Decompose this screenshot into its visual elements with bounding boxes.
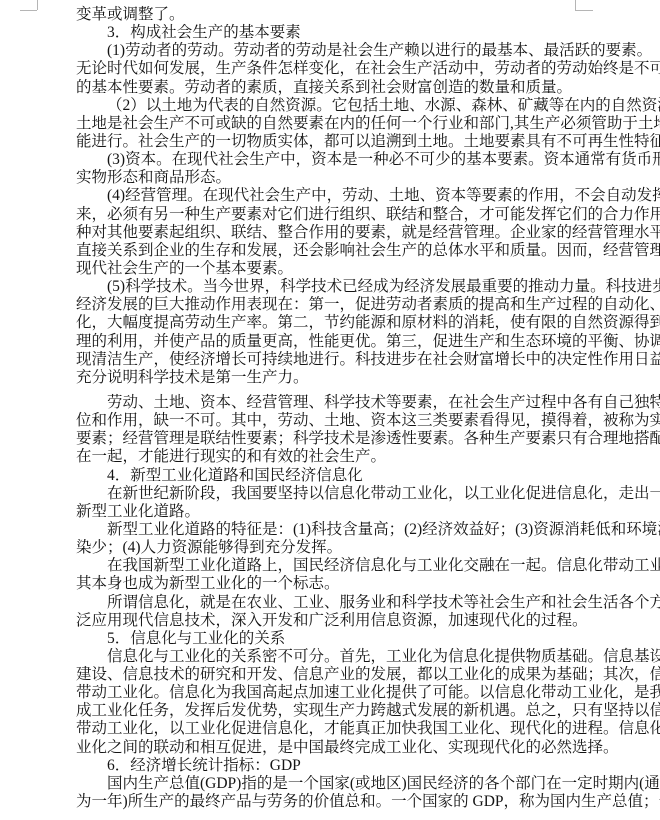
- text-line: 3．构成社会生产的基本要素: [76, 24, 592, 42]
- text-line: (4)经营管理。在现代社会生产中，劳动、土地、资本等要素的作用，不会自动发挥出: [76, 187, 592, 205]
- text-line: 成工业化任务，发挥后发优势，实现生产力跨越式发展的新机遇。总之，只有坚持以信息化: [76, 702, 592, 720]
- text-line: 业化之间的联动和相互促进，是中国最终完成工业化、实现现代化的必然选择。: [76, 739, 592, 757]
- text-line: 化，大幅度提高劳动生产率。第二，节约能源和原材料的消耗，使有限的自然资源得到更台: [76, 314, 592, 332]
- text-line: 其本身也成为新型工业化的一个标志。: [76, 575, 592, 593]
- text-line: 国内生产总值(GDP)指的是一个国家(或地区)国民经济的各个部门在一定时期内(通…: [76, 775, 592, 793]
- text-line: 要素；经营管理是联结性要素；科学技术是渗透性要素。各种生产要素只有合理地搭配组合: [76, 430, 592, 448]
- text-line: 能进行。社会生产的一切物质实体，都可以追溯到土地。土地要素具有不可再生性特征。: [76, 133, 592, 151]
- text-line: 位和作用，缺一不可。其中，劳动、土地、资本这三类要素看得见，摸得着，被称为实体性: [76, 412, 592, 430]
- text-line: 无论时代如何发展，生产条件怎样变化，在社会生产活动中，劳动者的劳动始终是不可缺少: [76, 60, 592, 78]
- text-line: 5．信息化与工业化的关系: [76, 630, 592, 648]
- text-line: 4．新型工业化道路和国民经济信息化: [76, 467, 592, 485]
- text-line: 带动工业化，以工业化促进信息化，才能真正加快我国工业化、现代化的进程。信息化与工: [76, 720, 592, 738]
- text-line: 充分说明科学技术是第一生产力。: [76, 369, 592, 387]
- text-line: 现清洁生产，使经济增长可持续地进行。科技进步在社会财富增长中的决定性作用日益突出…: [76, 351, 592, 369]
- text-line: (5)科学技术。当今世界，科学技术已经成为经济发展最重要的推动力量。科技进步对: [76, 278, 592, 296]
- text-line: 新型工业化道路。: [76, 503, 592, 521]
- text-line: 经济发展的巨大推动作用表现在：第一，促进劳动者素质的提高和生产过程的自动化、信息: [76, 296, 592, 314]
- text-line: 种对其他要素起组织、联结、整合作用的要素，就是经营管理。企业家的经营管理水平如何…: [76, 224, 592, 242]
- text-line: 现代社会生产的一个基本要素。: [76, 260, 592, 278]
- text-line: 建设、信息技术的研究和开发、信息产业的发展，都以工业化的成果为基础；其次，信息化: [76, 666, 592, 684]
- text-line: 6．经济增长统计指标：GDP: [76, 757, 592, 775]
- margin-mark-left-horizontal: [20, 10, 37, 11]
- text-line: 直接关系到企业的生存和发展，还会影响社会生产的总体水平和质量。因而，经营管理也是: [76, 242, 592, 260]
- text-line: 的基本性要素。劳动者的素质，直接关系到社会财富创造的数量和质量。: [76, 79, 592, 97]
- text-line: 在新世纪新阶段，我国要坚持以信息化带动工业化，以工业化促进信息化，走出一条: [76, 485, 592, 503]
- text-line: 在我国新型工业化道路上，国民经济信息化与工业化交融在一起。信息化带动工业化，: [76, 557, 592, 575]
- text-line: 来，必须有另一种生产要素对它们进行组织、联结和整合，才可能发挥它们的合力作用。这: [76, 206, 592, 224]
- text-line: 新型工业化道路的特征是：(1)科技含量高；(2)经济效益好；(3)资源消耗低和环…: [76, 521, 592, 539]
- document-page: 变革或调整了。3．构成社会生产的基本要素(1)劳动者的劳动。劳动者的劳动是社会生…: [0, 0, 660, 820]
- document-text-block: 变革或调整了。3．构成社会生产的基本要素(1)劳动者的劳动。劳动者的劳动是社会生…: [76, 6, 592, 811]
- text-line: 在一起，才能进行现实的和有效的社会生产。: [76, 448, 592, 466]
- text-line: 理的利用，并使产品的质量更高，性能更优。第三，促进生产和生态环境的平衡、协调，实: [76, 333, 592, 351]
- text-line: 实物形态和商品形态。: [76, 169, 592, 187]
- text-line: 所谓信息化，就是在农业、工业、服务业和科学技术等社会生产和社会生活各个方面广: [76, 594, 592, 612]
- text-line: 为一年)所生产的最终产品与劳务的价值总和。一个国家的 GDP，称为国内生产总值；…: [76, 793, 592, 811]
- text-line: 信息化与工业化的关系密不可分。首先，工业化为信息化提供物质基础。信息基设施的: [76, 648, 592, 666]
- text-line: 染少；(4)人力资源能够得到充分发挥。: [76, 539, 592, 557]
- text-line: （2）以土地为代表的自然资源。它包括土地、水源、森林、矿藏等在内的自然资源。: [76, 97, 592, 115]
- margin-mark-left-vertical: [37, 0, 38, 10]
- text-line: 劳动、土地、资本、经营管理、科学技术等要素，在社会生产过程中各有自己独特的地: [76, 394, 592, 412]
- text-line: (1)劳动者的劳动。劳动者的劳动是社会生产赖以进行的最基本、最活跃的要素。: [76, 42, 592, 60]
- text-line: 变革或调整了。: [76, 6, 592, 24]
- text-line: 土地是社会生产不可或缺的自然要素在内的任何一个行业和部门,其生产必须管助于土地才: [76, 115, 592, 133]
- text-line: 泛应用现代信息技术，深入开发和广泛利用信息资源，加速现代化的过程。: [76, 612, 592, 630]
- text-line: (3)资本。在现代社会生产中，资本是一种必不可少的基本要素。资本通常有货币形态、: [76, 151, 592, 169]
- text-line: 带动工业化。信息化为我国高起点加速工业化提供了可能。以信息化带动工业化，是我国完: [76, 684, 592, 702]
